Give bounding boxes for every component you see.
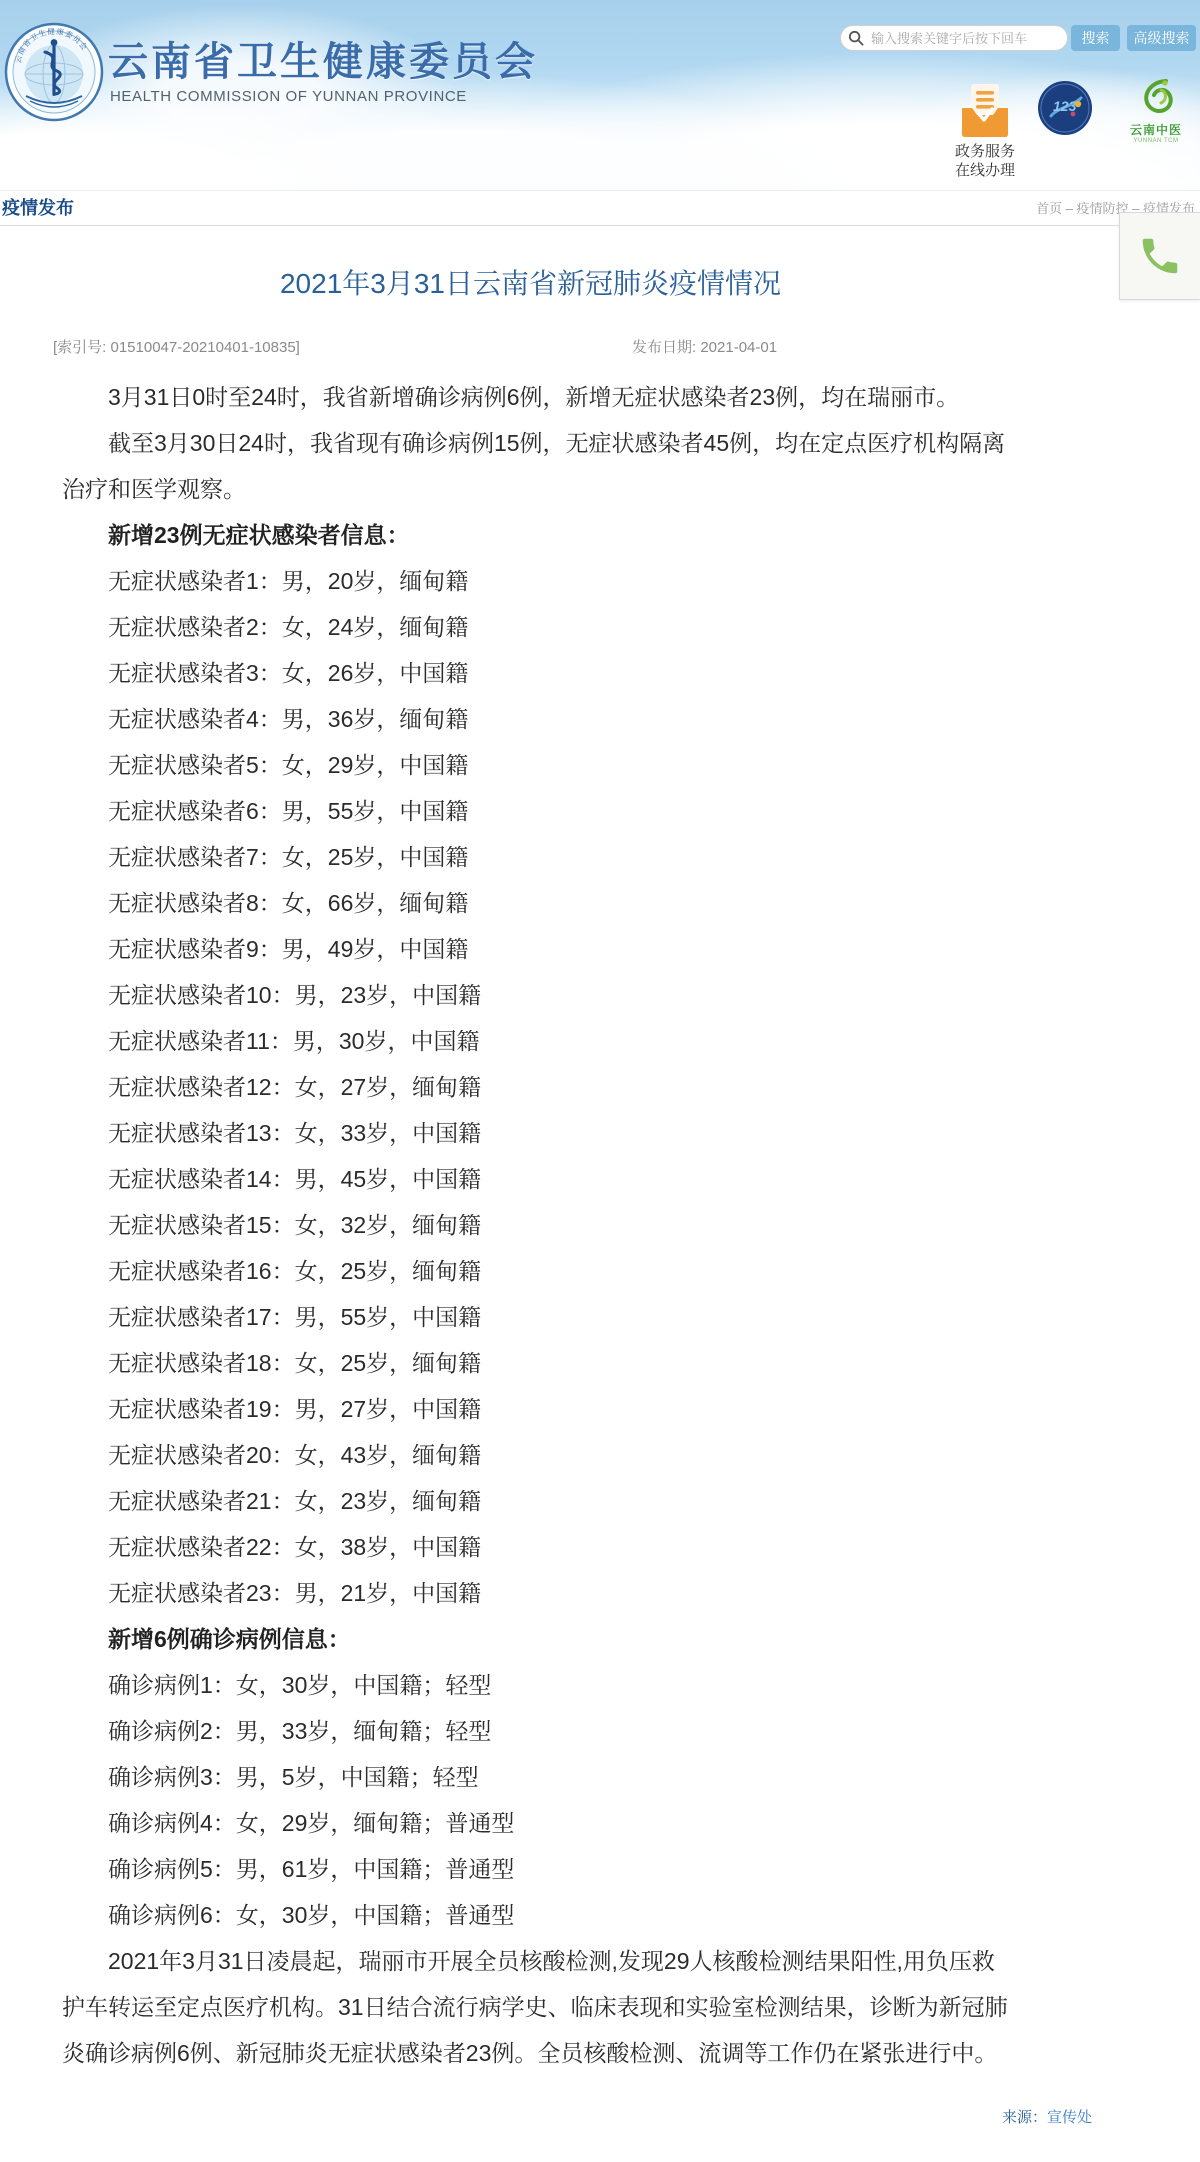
body-paragraph: 无症状感染者19：男，27岁，中国籍 xyxy=(62,1386,1150,1432)
gov-service-icon xyxy=(962,83,1008,139)
body-paragraph: 无症状感染者15：女，32岁，缅甸籍 xyxy=(62,1202,1150,1248)
body-paragraph: 无症状感染者8：女，66岁，缅甸籍 xyxy=(62,880,1150,926)
body-paragraph: 无症状感染者3：女，26岁，中国籍 xyxy=(62,650,1150,696)
site-title: 云南省卫生健康委员会 xyxy=(108,30,538,87)
yunnan-tcm-label: 云南中医 xyxy=(1124,121,1188,138)
body-paragraph: 无症状感染者12：女，27岁，缅甸籍 xyxy=(62,1064,1150,1110)
body-paragraph: 无症状感染者18：女，25岁，缅甸籍 xyxy=(62,1340,1150,1386)
site-header: 云南省卫生健康委员会 云南省卫生健康委员会 HEALTH COMMISSION … xyxy=(0,0,1200,190)
body-paragraph: 无症状感染者2：女，24岁，缅甸籍 xyxy=(62,604,1150,650)
body-paragraph: 确诊病例4：女，29岁，缅甸籍；普通型 xyxy=(62,1800,1150,1846)
body-paragraph: 确诊病例1：女，30岁，中国籍；轻型 xyxy=(62,1662,1150,1708)
body-paragraph: 3月31日0时至24时，我省新增确诊病例6例，新增无症状感染者23例，均在瑞丽市… xyxy=(62,374,1150,420)
body-paragraph: 无症状感染者9：男，49岁，中国籍 xyxy=(62,926,1150,972)
body-paragraph: 确诊病例6：女，30岁，中国籍；普通型 xyxy=(62,1892,1150,1938)
body-paragraph: 无症状感染者6：男，55岁，中国籍 xyxy=(62,788,1150,834)
article: 2021年3月31日云南省新冠肺炎疫情情况 [索引号: 01510047-202… xyxy=(0,264,1200,2127)
body-paragraph: 确诊病例5：男，61岁，中国籍；普通型 xyxy=(62,1846,1150,1892)
body-paragraph: 确诊病例2：男，33岁，缅甸籍；轻型 xyxy=(62,1708,1150,1754)
site-subtitle: HEALTH COMMISSION OF YUNNAN PROVINCE xyxy=(110,88,467,105)
source-label: 来源： xyxy=(1002,2109,1047,2126)
body-paragraph: 截至3月30日24时，我省现有确诊病例15例，无症状感染者45例，均在定点医疗机… xyxy=(62,420,1150,512)
section-heading: 新增23例无症状感染者信息： xyxy=(62,512,1150,558)
body-paragraph: 无症状感染者10：男，23岁，中国籍 xyxy=(62,972,1150,1018)
advanced-search-button[interactable]: 高级搜索 xyxy=(1127,25,1196,51)
article-body: 3月31日0时至24时，我省新增确诊病例6例，新增无症状感染者23例，均在瑞丽市… xyxy=(62,374,1150,2076)
publish-date: 发布日期: 2021-04-01 xyxy=(632,336,777,357)
page-title: 2021年3月31日云南省新冠肺炎疫情情况 xyxy=(53,264,1008,304)
phone-icon xyxy=(1137,233,1183,279)
index-number: [索引号: 01510047-20210401-10835] xyxy=(53,336,300,357)
hotline-12320-logo-icon[interactable]: 123 xyxy=(1037,80,1093,136)
body-paragraph: 无症状感染者22：女，38岁，中国籍 xyxy=(62,1524,1150,1570)
gov-service-label: 政务服务 在线办理 xyxy=(950,142,1020,180)
search-button[interactable]: 搜索 xyxy=(1071,25,1120,51)
yunnan-tcm-link[interactable]: 云南中医 YUNNAN TCM xyxy=(1124,76,1188,144)
body-paragraph: 无症状感染者13：女，33岁，中国籍 xyxy=(62,1110,1150,1156)
body-paragraph: 无症状感染者20：女，43岁，缅甸籍 xyxy=(62,1432,1150,1478)
gov-service-link[interactable]: 政务服务 在线办理 xyxy=(950,83,1020,180)
body-paragraph: 无症状感染者1：男，20岁，缅甸籍 xyxy=(62,558,1150,604)
svg-text:123: 123 xyxy=(1053,98,1077,114)
body-paragraph: 无症状感染者7：女，25岁，中国籍 xyxy=(62,834,1150,880)
page: 云南省卫生健康委员会 云南省卫生健康委员会 HEALTH COMMISSION … xyxy=(0,0,1200,2162)
contact-phone-widget[interactable] xyxy=(1119,212,1200,300)
body-paragraph: 无症状感染者5：女，29岁，中国籍 xyxy=(62,742,1150,788)
body-paragraph: 无症状感染者21：女，23岁，缅甸籍 xyxy=(62,1478,1150,1524)
section-title: 疫情发布 xyxy=(2,191,74,226)
body-paragraph: 无症状感染者14：男，45岁，中国籍 xyxy=(62,1156,1150,1202)
section-heading: 新增6例确诊病例信息： xyxy=(62,1616,1150,1662)
source-value: 宣传处 xyxy=(1047,2109,1092,2126)
body-paragraph: 无症状感染者11：男，30岁，中国籍 xyxy=(62,1018,1150,1064)
search-input[interactable] xyxy=(840,25,1068,51)
body-paragraph: 2021年3月31日凌晨起，瑞丽市开展全员核酸检测,发现29人核酸检测结果阳性,… xyxy=(62,1938,1150,2076)
section-nav-bar: 疫情发布 首页 – 疫情防控 – 疫情发布 xyxy=(0,190,1200,226)
body-paragraph: 无症状感染者23：男，21岁，中国籍 xyxy=(62,1570,1150,1616)
source-row: 来源：宣传处 xyxy=(0,2106,1200,2127)
article-meta: [索引号: 01510047-20210401-10835] 发布日期: 202… xyxy=(0,336,1200,362)
body-paragraph: 无症状感染者16：女，25岁，缅甸籍 xyxy=(62,1248,1150,1294)
yunnan-tcm-logo-icon xyxy=(1134,76,1178,120)
body-paragraph: 无症状感染者4：男，36岁，缅甸籍 xyxy=(62,696,1150,742)
health-commission-logo-icon: 云南省卫生健康委员会 xyxy=(4,22,104,122)
body-paragraph: 确诊病例3：男，5岁，中国籍；轻型 xyxy=(62,1754,1150,1800)
body-paragraph: 无症状感染者17：男，55岁，中国籍 xyxy=(62,1294,1150,1340)
yunnan-tcm-sublabel: YUNNAN TCM xyxy=(1124,138,1188,144)
